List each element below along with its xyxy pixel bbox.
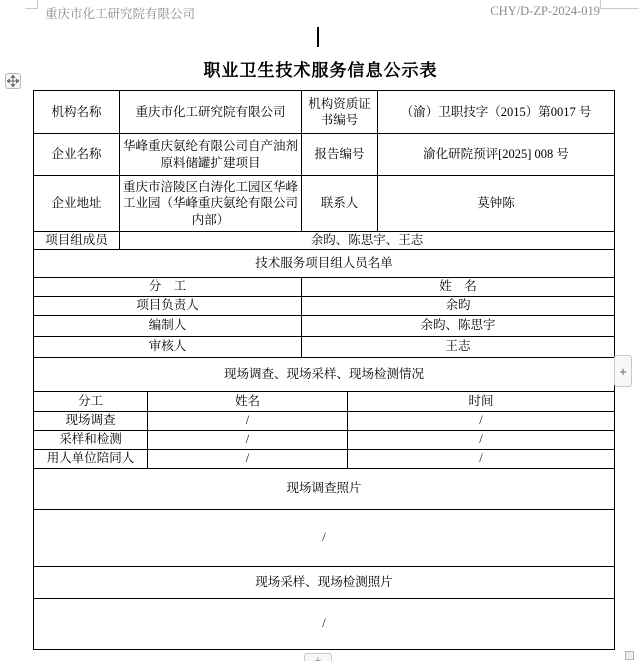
site-work-name: / [148, 449, 348, 468]
section-header-row: 现场调查照片 [34, 468, 615, 509]
header-document-code: CHY/D-ZP-2024-019 [490, 4, 600, 19]
roster-section-title: 技术服务项目组人员名单 [34, 249, 615, 277]
site-work-time: / [348, 430, 615, 449]
site-work-time: / [348, 411, 615, 430]
roster-role: 项目负责人 [34, 296, 302, 315]
table-row: 项目负责人 余昀 [34, 296, 615, 315]
report-no-value: 渝化研院预评[2025] 008 号 [378, 134, 615, 176]
survey-photos-placeholder: / [34, 509, 615, 566]
site-work-header-time: 时间 [348, 391, 615, 411]
roster-name: 余昀 [302, 296, 615, 315]
table-row: / [34, 509, 615, 566]
publicity-form-table: 机构名称 重庆市化工研究院有限公司 机构资质证书编号 （渝）卫职技字（2015）… [33, 90, 615, 650]
roster-name: 王志 [302, 336, 615, 357]
report-no-label: 报告编号 [302, 134, 378, 176]
sampling-photos-placeholder: / [34, 598, 615, 649]
contact-label: 联系人 [302, 176, 378, 232]
table-row: 机构名称 重庆市化工研究院有限公司 机构资质证书编号 （渝）卫职技字（2015）… [34, 91, 615, 134]
site-work-time: / [348, 449, 615, 468]
section-header-row: 技术服务项目组人员名单 [34, 249, 615, 277]
site-work-task: 用人单位陪同人 [34, 449, 148, 468]
section-header-row: 现场调查、现场采样、现场检测情况 [34, 357, 615, 391]
section-header-row: 现场采样、现场检测照片 [34, 566, 615, 598]
team-members-label: 项目组成员 [34, 232, 120, 250]
site-work-task: 现场调查 [34, 411, 148, 430]
text-cursor [317, 27, 319, 47]
contact-value: 莫钟陈 [378, 176, 615, 232]
enterprise-name-label: 企业名称 [34, 134, 120, 176]
roster-role: 审核人 [34, 336, 302, 357]
table-row: 编制人 余昀、陈思宇 [34, 315, 615, 336]
table-row: 企业名称 华峰重庆氨纶有限公司自产油剂原料储罐扩建项目 报告编号 渝化研院预评[… [34, 134, 615, 176]
site-work-header-task: 分工 [34, 391, 148, 411]
org-name-label: 机构名称 [34, 91, 120, 134]
enterprise-address-label: 企业地址 [34, 176, 120, 232]
margin-crop-mark-top-left [25, 0, 38, 9]
roster-col1-header: 分 工 [34, 277, 302, 296]
table-row: 企业地址 重庆市涪陵区白涛化工园区华峰工业园（华峰重庆氨纶有限公司内部） 联系人… [34, 176, 615, 232]
team-members-value: 余昀、陈思宇、王志 [120, 232, 615, 250]
plus-icon: + [619, 364, 627, 379]
margin-crop-mark-top-right [600, 0, 639, 9]
plus-icon: + [315, 654, 321, 661]
roster-role: 编制人 [34, 315, 302, 336]
enterprise-name-value: 华峰重庆氨纶有限公司自产油剂原料储罐扩建项目 [120, 134, 302, 176]
table-row: / [34, 598, 615, 649]
roster-col2-header: 姓 名 [302, 277, 615, 296]
page-title: 职业卫生技术服务信息公示表 [0, 56, 641, 81]
site-work-name: / [148, 430, 348, 449]
table-row: 分工 姓名 时间 [34, 391, 615, 411]
site-work-name: / [148, 411, 348, 430]
org-name-value: 重庆市化工研究院有限公司 [120, 91, 302, 134]
site-work-header-name: 姓名 [148, 391, 348, 411]
insert-row-button-bottom[interactable]: + [304, 653, 332, 661]
enterprise-address-value: 重庆市涪陵区白涛化工园区华峰工业园（华峰重庆氨纶有限公司内部） [120, 176, 302, 232]
document-page: { "page": { "header_left": "重庆市化工研究院有限公司… [0, 0, 641, 661]
table-row: 现场调查 / / [34, 411, 615, 430]
table-row: 审核人 王志 [34, 336, 615, 357]
table-row: 项目组成员 余昀、陈思宇、王志 [34, 232, 615, 250]
cert-no-value: （渝）卫职技字（2015）第0017 号 [378, 91, 615, 134]
table-row: 用人单位陪同人 / / [34, 449, 615, 468]
table-resize-handle[interactable] [625, 651, 634, 660]
site-work-section-title: 现场调查、现场采样、现场检测情况 [34, 357, 615, 391]
cert-no-label: 机构资质证书编号 [302, 91, 378, 134]
sampling-photos-title: 现场采样、现场检测照片 [34, 566, 615, 598]
roster-name: 余昀、陈思宇 [302, 315, 615, 336]
insert-row-button-right[interactable]: + [614, 355, 632, 387]
table-row: 分 工 姓 名 [34, 277, 615, 296]
table-row: 采样和检测 / / [34, 430, 615, 449]
header-company-name: 重庆市化工研究院有限公司 [45, 4, 195, 22]
survey-photos-title: 现场调查照片 [34, 468, 615, 509]
site-work-task: 采样和检测 [34, 430, 148, 449]
